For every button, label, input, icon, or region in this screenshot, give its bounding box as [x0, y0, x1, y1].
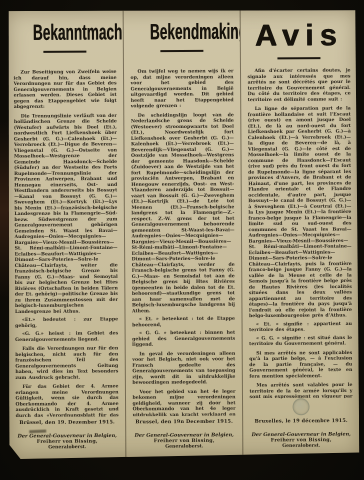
signature-rank: Generaloberst.	[250, 442, 353, 448]
column-dutch-header: Bekendmaking	[130, 17, 233, 66]
column-german-body: Zur Beseitigung von Zweifeln weise ich d…	[13, 65, 118, 417]
paragraph-intro: Afin d'écarter certains doutes, je signa…	[247, 67, 350, 102]
definition-gg: « G. G. » signifie : est situé dans le t…	[249, 335, 352, 347]
paragraph-scope: Si mes arrêtés ne sont applicables qu'à …	[249, 350, 352, 379]
definition-et: « Et. » beteekent : tot de Etappe behoor…	[132, 316, 235, 328]
signature-rank: Generaloberst.	[133, 443, 236, 449]
title-rule	[160, 50, 203, 52]
paragraph-scope: In geval de verordeningen alleen voor he…	[132, 350, 235, 385]
column-french-body: Afin d'écarter certains doutes, je signa…	[247, 64, 352, 399]
column-french-header: Avis	[247, 16, 350, 65]
signature-rank: Generaloberst.	[16, 444, 119, 450]
date-line: Bruxelles, le 19 décembre 1915.	[250, 418, 353, 424]
definition-et: «Et.» bedeutet : zur Etappe gehörig,	[15, 316, 118, 328]
poster: Bekanntmachung Zur Beseitigung von Zweif…	[7, 9, 360, 459]
signature-block: Der General-Gouverneur in Belgien, Freih…	[16, 433, 119, 450]
column-dutch: Bekendmaking Om twijfel weg te nemen wij…	[123, 10, 243, 459]
column-german-header: Bekanntmachung	[13, 17, 116, 66]
paragraph-boundary: La ligne de séparation part de la fronti…	[248, 105, 352, 318]
title-rule	[43, 51, 86, 53]
column-french: Avis Afin d'écarter certains doutes, je …	[240, 9, 360, 458]
column-german: Bekanntmachung Zur Beseitigung von Zweif…	[7, 10, 126, 459]
poster-title-dutch: Bekendmaking	[150, 21, 214, 43]
paragraph-fourth-army: Voor het gebied van het 4e leger bekomen…	[132, 388, 235, 416]
paragraph-intro: Zur Beseitigung von Zweifeln weise ich d…	[13, 69, 116, 110]
definition-et: « Et. » signifie : appartient au territo…	[249, 321, 352, 333]
paragraph-fourth-army: Mes arrêtés sont valables pour le territ…	[249, 382, 352, 399]
embossed-seal	[293, 398, 310, 415]
column-dutch-content: Bekendmaking Om twijfel weg te nemen wij…	[124, 10, 243, 459]
column-dutch-footer: Brussel, den 19n December 1915. Der Gene…	[133, 416, 236, 450]
paragraph-fourth-army: Für das Gebiet der 4. Armee erlangen mei…	[15, 383, 118, 417]
column-french-content: Avis Afin d'écarter certains doutes, je …	[241, 9, 360, 458]
definition-gg: «G. G.» heisst : im Gebiet des Generalgo…	[15, 330, 118, 342]
column-french-footer: Bruxelles, le 19 décembre 1915. Der Gene…	[250, 398, 353, 449]
scan-background: Bekanntmachung Zur Beseitigung von Zweif…	[0, 0, 364, 480]
column-german-footer: Brüssel, den 19. Dezember 1915. Der Gene…	[16, 416, 119, 450]
paragraph-scope: Falls die Verordnungen nur für den belgi…	[15, 345, 118, 380]
date-line: Brüssel, den 19. Dezember 1915.	[16, 419, 119, 425]
signature-block: Der General-Gouverneur in Belgien, Freih…	[250, 431, 353, 448]
signature-block: Der General-Gouverneur in Belgien, Freih…	[133, 432, 236, 449]
paragraph-boundary: De scheidingslijn loopt van de Nederland…	[131, 112, 235, 314]
date-line: Brussel, den 19n December 1915.	[133, 419, 236, 425]
paragraph-intro: Om twijfel weg te nemen wijs ik er op, d…	[130, 68, 233, 109]
column-dutch-body: Om twijfel weg te nemen wijs ik er op, d…	[130, 65, 235, 417]
definition-gg: « G. G. » beteekent : binnen het gebied …	[132, 330, 235, 348]
column-german-content: Bekanntmachung Zur Beseitigung von Zweif…	[7, 10, 126, 459]
poster-title-french: Avis	[246, 20, 351, 51]
paragraph-boundary: Die Trennungslinie verläuft von der holl…	[14, 113, 118, 315]
poster-title-german: Bekanntmachung	[33, 22, 97, 44]
title-rule	[277, 57, 320, 59]
